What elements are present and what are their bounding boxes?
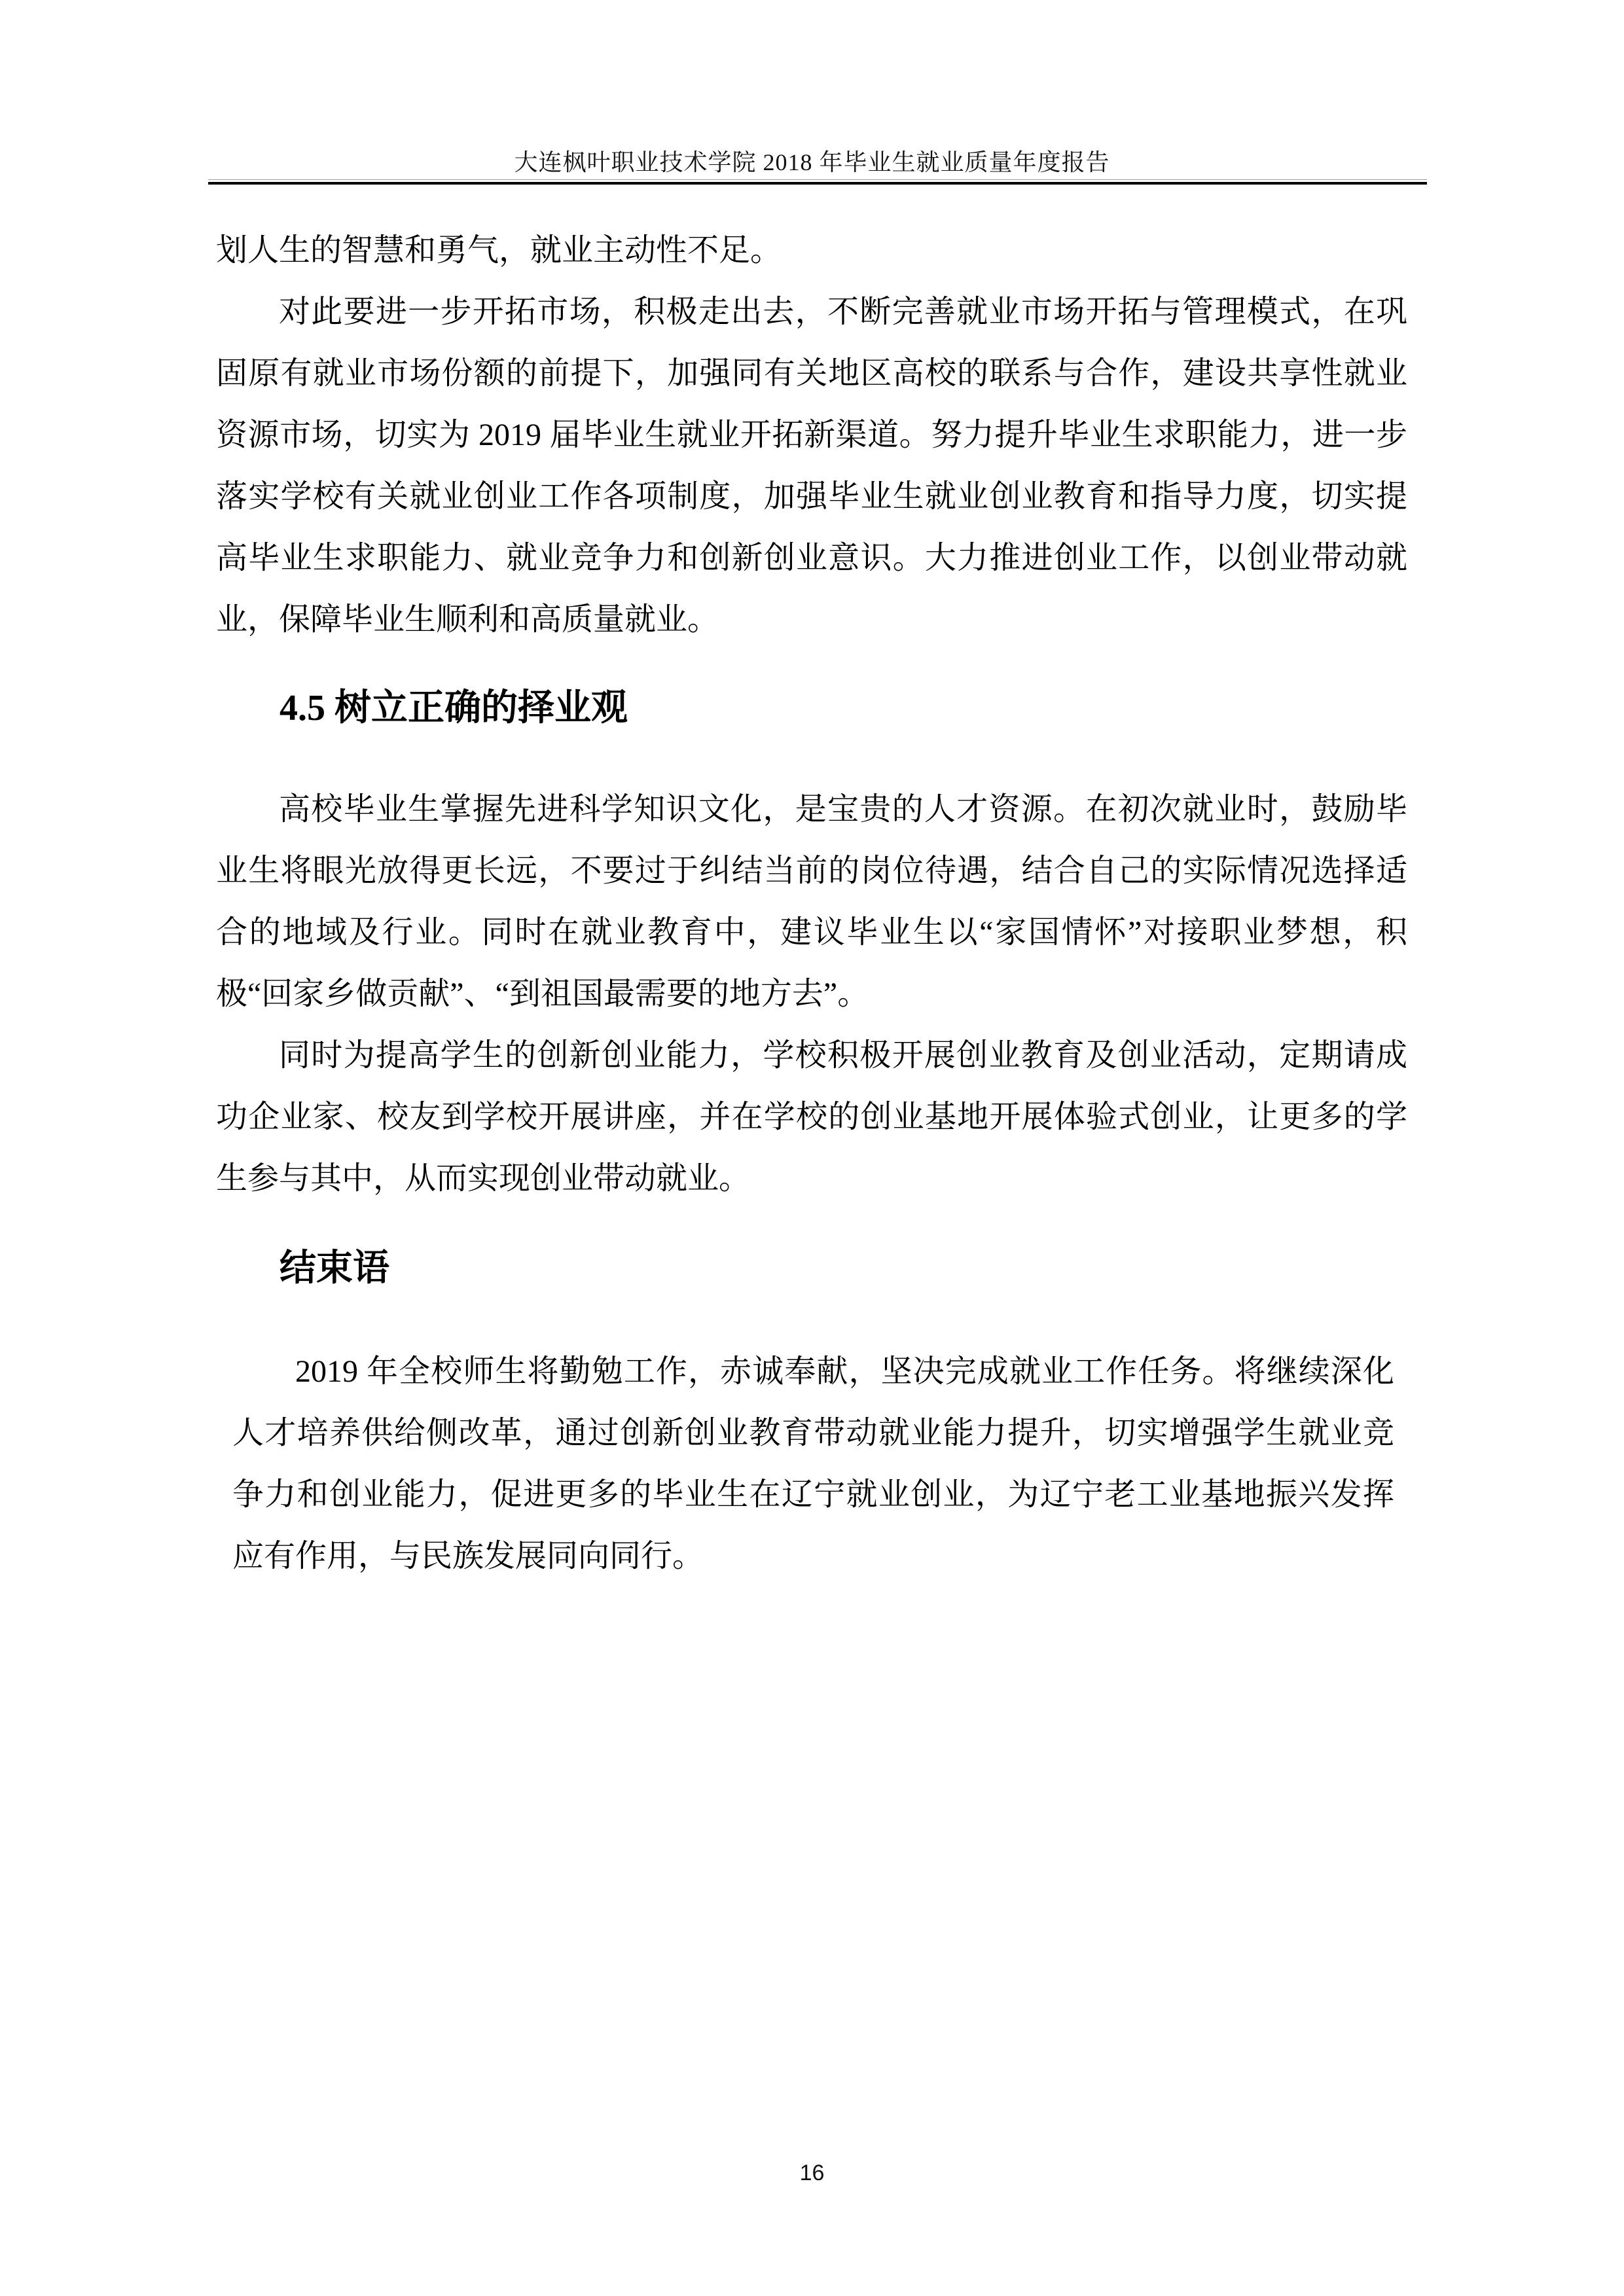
paragraph-entrepreneurship: 同时为提高学生的创新创业能力，学校积极开展创业教育及创业活动，定期请成功企业家、… bbox=[216, 1025, 1407, 1210]
paragraph-closing: 2019 年全校师生将勤勉工作，赤诚奉献，坚决完成就业工作任务。将继续深化人才培… bbox=[216, 1341, 1407, 1587]
paragraph-market-development: 对此要进一步开拓市场，积极走出去，不断完善就业市场开拓与管理模式，在巩固原有就业… bbox=[216, 281, 1407, 651]
document-page: 大连枫叶职业技术学院 2018 年毕业生就业质量年度报告 划人生的智慧和勇气，就… bbox=[0, 0, 1624, 2296]
paragraph-career-outlook: 高校毕业生掌握先进科学知识文化，是宝贵的人才资源。在初次就业时，鼓励毕业生将眼光… bbox=[216, 779, 1407, 1025]
closing-heading: 结束语 bbox=[216, 1246, 1407, 1291]
page-number: 16 bbox=[800, 2161, 825, 2185]
paragraph-continuation: 划人生的智慧和勇气，就业主动性不足。 bbox=[216, 220, 1407, 281]
header-rule bbox=[208, 179, 1427, 185]
header-title: 大连枫叶职业技术学院 2018 年毕业生就业质量年度报告 bbox=[0, 148, 1624, 177]
document-content: 划人生的智慧和勇气，就业主动性不足。 对此要进一步开拓市场，积极走出去，不断完善… bbox=[216, 220, 1407, 1587]
page-footer: 16 bbox=[0, 2160, 1624, 2186]
section-heading-4-5: 4.5 树立正确的择业观 bbox=[216, 685, 1407, 731]
